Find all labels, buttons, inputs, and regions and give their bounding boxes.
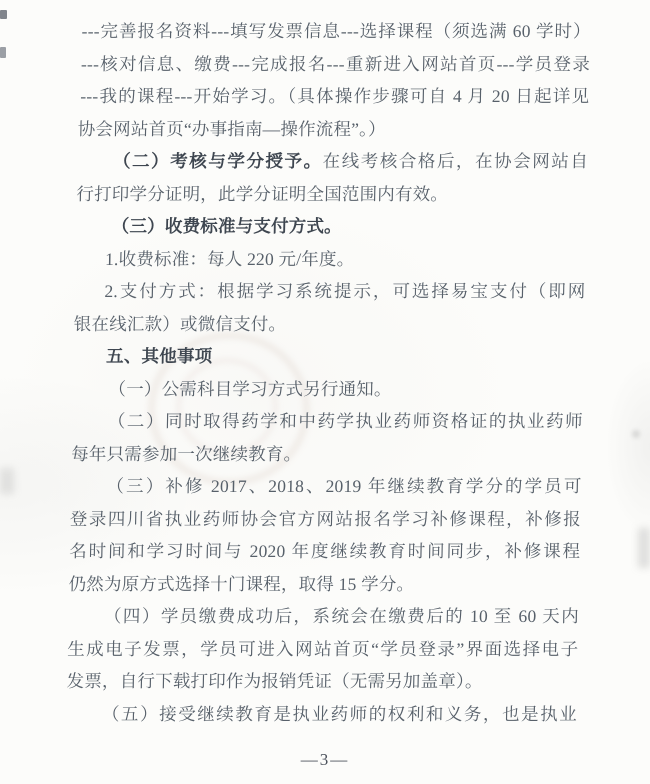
text-line: 登录四川省执业药师协会官方网站报名学习补修课程，补修报: [70, 503, 582, 536]
text-line: 每年只需参加一次继续教育。: [71, 438, 583, 471]
body-text: 1.收费标准：每人 220 元/年度。: [105, 249, 355, 269]
text-line: 名时间和学习时间与 2020 年度继续教育时间同步，补修课程: [69, 535, 581, 568]
body-text: （五）接受继续教育是执业药师的权利和义务，也是执业: [102, 704, 577, 724]
text-line: 行打印学分证明，此学分证明全国范围内有效。: [76, 178, 588, 211]
text-line: 2.支付方式：根据学习系统提示，可选择易宝支付（即网: [74, 275, 586, 308]
text-line: 生成电子发票，学员可进入网站首页“学员登录”界面选择电子: [67, 633, 579, 666]
body-text: （四）学员缴费成功后，系统会在缴费后的 10 至 60 天内: [104, 606, 579, 626]
text-line: （三）收费标准与支付方式。: [75, 210, 587, 243]
text-line: ---完善报名资料---填写发票信息---选择课程（须选满 60 学时）: [79, 15, 591, 48]
document-text-block: ---完善报名资料---填写发票信息---选择课程（须选满 60 学时）---核…: [66, 15, 591, 730]
body-text: 在线考核合格后，在协会网站自: [322, 151, 588, 171]
body-text: 仍然为原方式选择十门课程，取得 15 学分。: [68, 574, 414, 594]
text-line: ---核对信息、缴费---完成报名---重新进入网站首页---学员登录: [79, 48, 591, 81]
body-text: 发票，自行下载打印作为报销凭证（无需另加盖章）。: [66, 671, 482, 691]
body-text: （一）公需科目学习方式另行通知。: [108, 379, 392, 399]
body-text: ---核对信息、缴费---完成报名---重新进入网站首页---学员登录: [81, 54, 590, 74]
text-line: （二）考核与学分授予。在线考核合格后，在协会网站自: [77, 145, 589, 178]
text-line: 仍然为原方式选择十门课程，取得 15 学分。: [68, 568, 580, 601]
text-line: 1.收费标准：每人 220 元/年度。: [75, 243, 587, 276]
scan-smudge: [638, 528, 650, 568]
body-text: 名时间和学习时间与 2020 年度继续教育时间同步，补修课程: [69, 541, 580, 561]
text-line: （四）学员缴费成功后，系统会在缴费后的 10 至 60 天内: [68, 600, 580, 633]
text-line: 五、其他事项: [73, 340, 585, 373]
body-text: 登录四川省执业药师协会官方网站报名学习补修课程，补修报: [70, 509, 581, 529]
text-line: 银在线汇款）或微信支付。: [73, 308, 585, 341]
text-line: ---我的课程---开始学习。（具体操作步骤可自 4 月 20 日起详见: [78, 80, 590, 113]
text-line: （三）补修 2017、2018、2019 年继续教育学分的学员可: [70, 470, 582, 503]
text-line: （二）同时取得药学和中药学执业药师资格证的执业药师: [72, 405, 584, 438]
body-text: 行打印学分证明，此学分证明全国范围内有效。: [76, 184, 448, 204]
text-line: 发票，自行下载打印作为报销凭证（无需另加盖章）。: [66, 665, 578, 698]
text-line: （一）公需科目学习方式另行通知。: [72, 373, 584, 406]
body-text: （二）同时取得药学和中药学执业药师资格证的执业药师: [108, 411, 583, 431]
body-text: 银在线汇款）或微信支付。: [74, 314, 287, 334]
scan-edge-mark: [0, 10, 7, 19]
scan-smudge: [632, 430, 640, 438]
body-text: ---完善报名资料---填写发票信息---选择课程（须选满 60 学时）: [81, 21, 590, 41]
body-text: 2.支付方式：根据学习系统提示，可选择易宝支付（即网: [104, 281, 585, 301]
body-text: 每年只需参加一次继续教育。: [71, 444, 302, 464]
scan-smudge: [0, 468, 14, 494]
heading-text: （三）收费标准与支付方式。: [112, 216, 343, 236]
scan-edge-mark: [0, 47, 6, 58]
body-text: （三）补修 2017、2018、2019 年继续教育学分的学员可: [106, 476, 581, 496]
text-line: （五）接受继续教育是执业药师的权利和义务，也是执业: [66, 698, 578, 731]
document-page: ---完善报名资料---填写发票信息---选择课程（须选满 60 学时）---核…: [0, 0, 650, 784]
heading-text: （二）考核与学分授予。: [113, 151, 323, 171]
body-text: 协会网站首页“办事指南—操作流程”。）: [78, 119, 386, 139]
heading-text: 五、其他事项: [106, 346, 213, 366]
body-text: ---我的课程---开始学习。（具体操作步骤可自 4 月 20 日起详见: [80, 86, 589, 106]
page-number: —3—: [0, 750, 650, 770]
body-text: 生成电子发票，学员可进入网站首页“学员登录”界面选择电子: [67, 639, 578, 659]
text-line: 协会网站首页“办事指南—操作流程”。）: [77, 113, 589, 146]
